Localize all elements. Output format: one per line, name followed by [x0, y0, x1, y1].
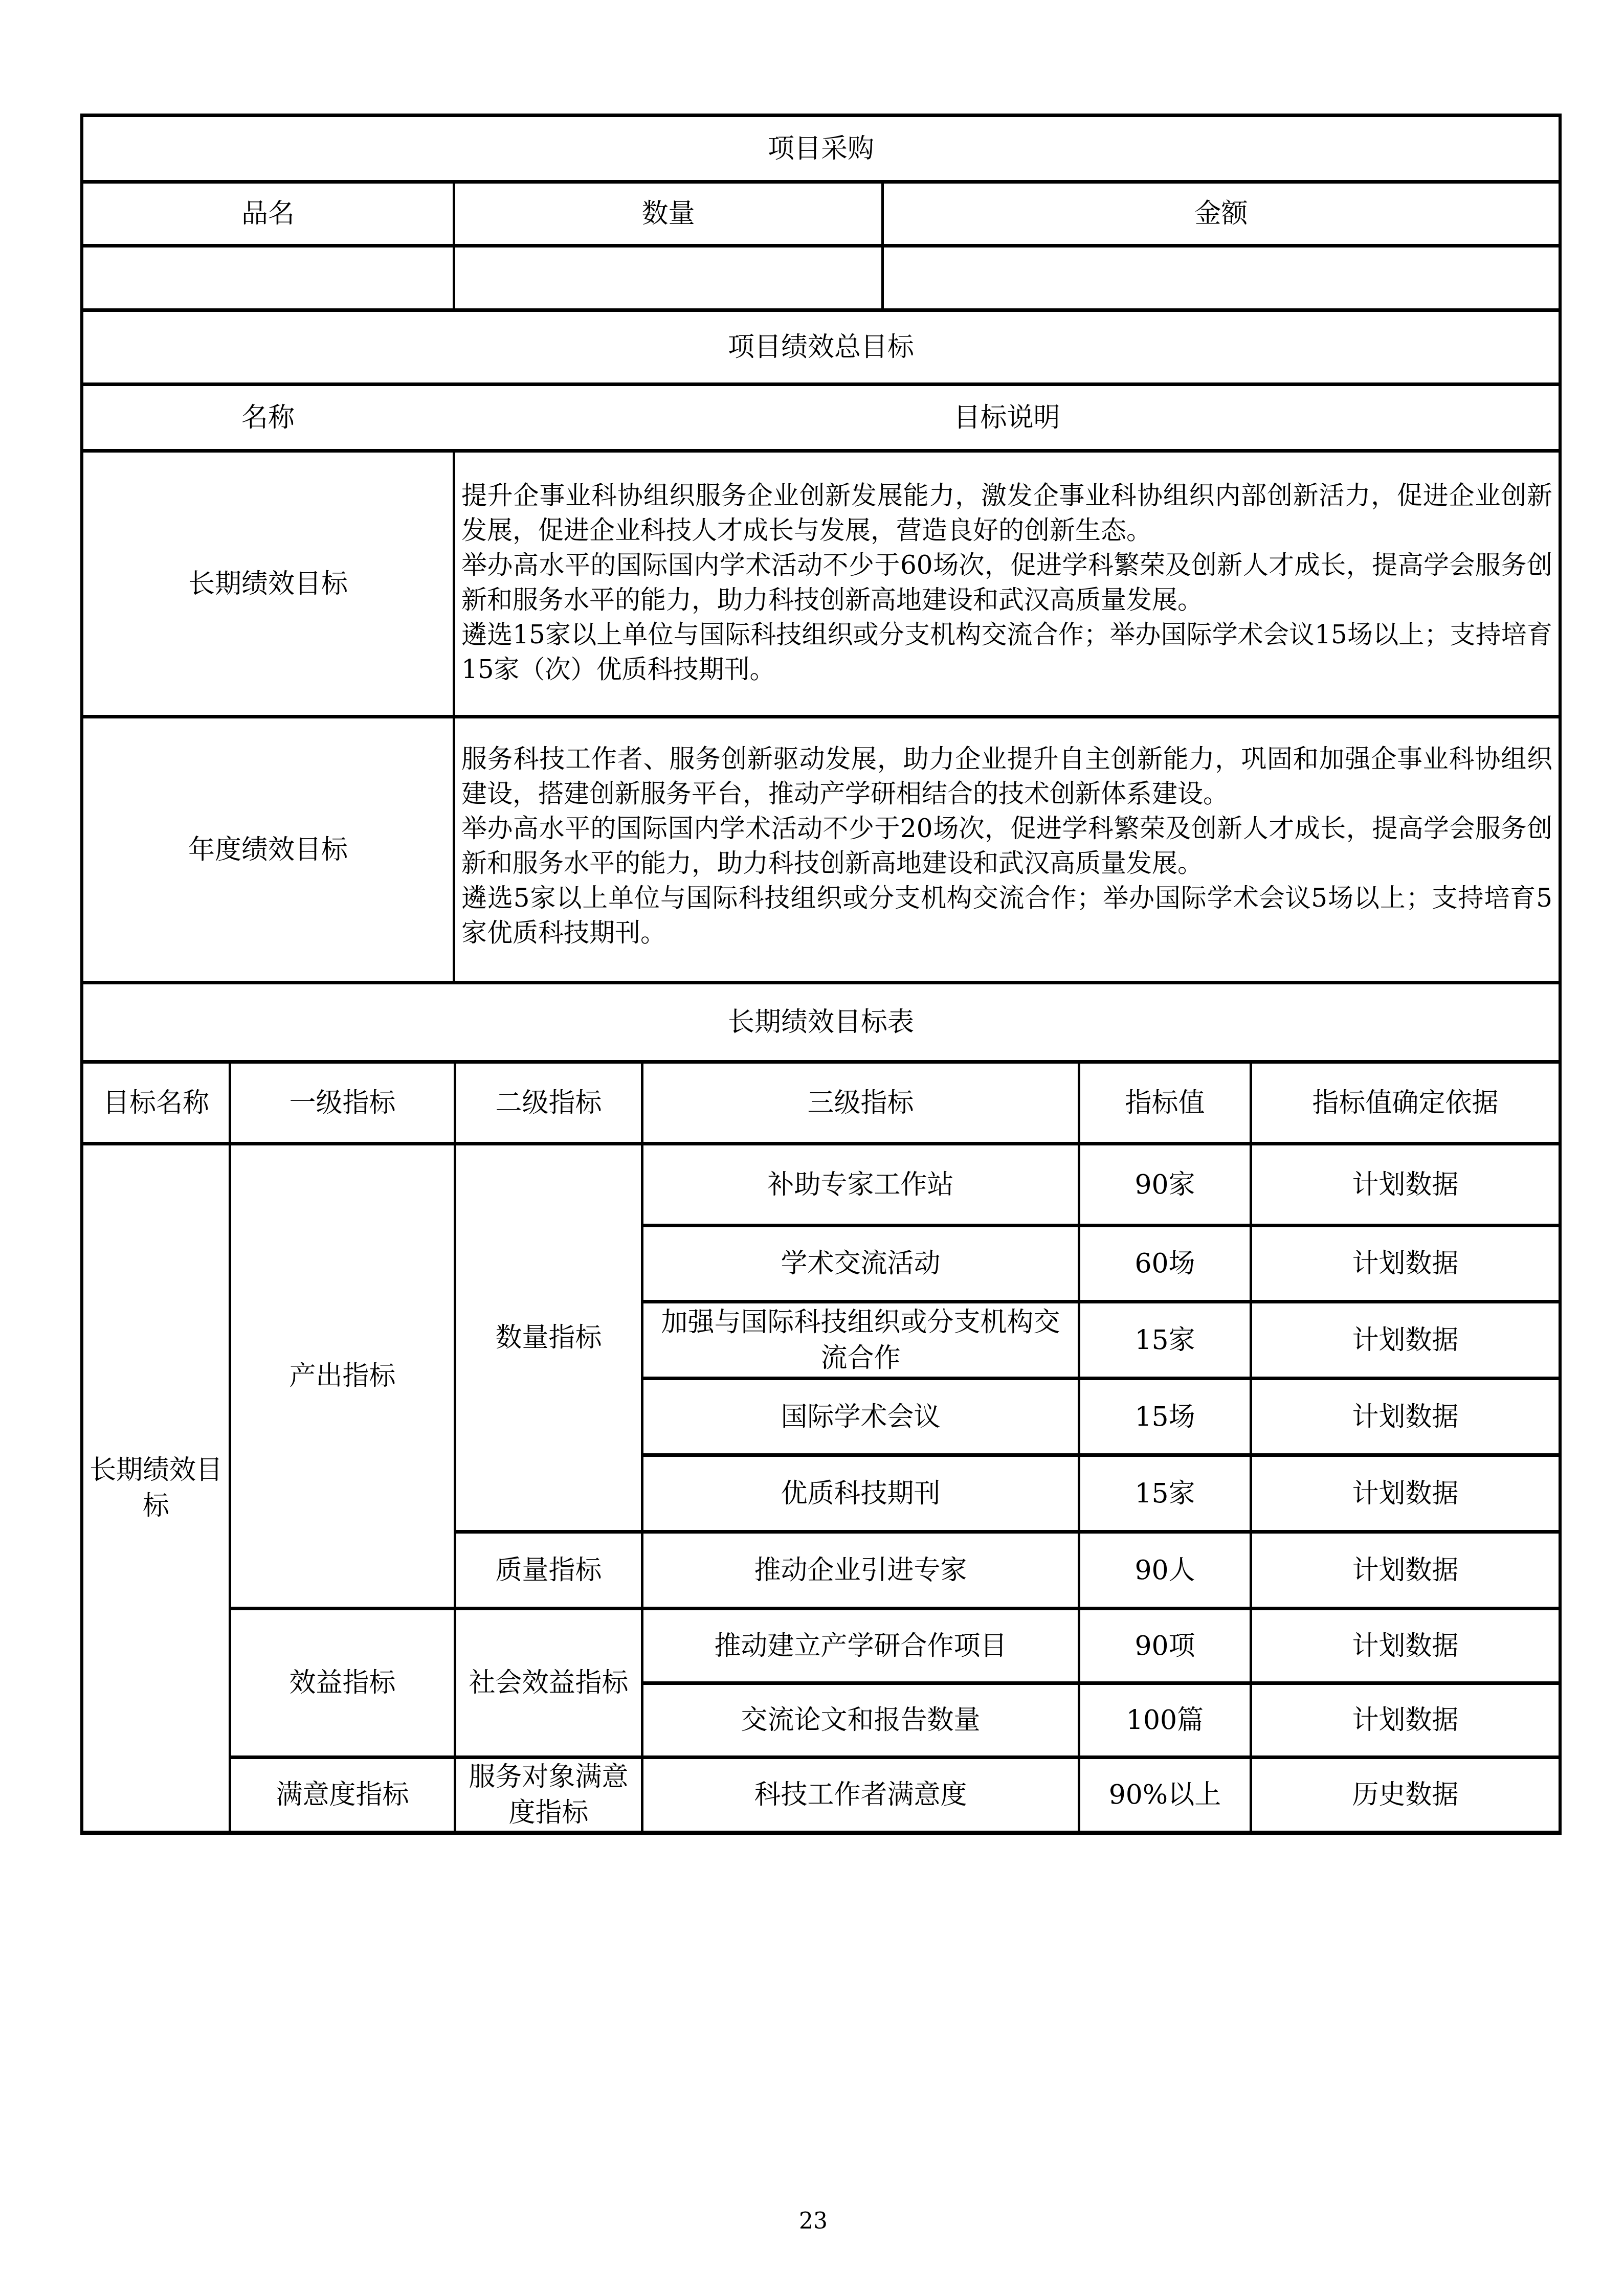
- table-border: [80, 180, 1562, 184]
- table-border: [80, 449, 1562, 453]
- paragraph: 提升企事业科协组织服务企业创新发展能力，激发企事业科协组织内部创新活力，促进企业…: [461, 478, 1552, 548]
- level3-cell: 学术交流活动: [643, 1227, 1078, 1300]
- col-header-goal-name: 目标名称: [83, 1064, 229, 1142]
- procurement-title: 项目采购: [83, 117, 1559, 180]
- level3-cell: 补助专家工作站: [643, 1145, 1078, 1224]
- level1-benefit: 效益指标: [231, 1610, 454, 1755]
- basis-cell: 历史数据: [1252, 1759, 1559, 1831]
- long-term-goal-description: 提升企事业科协组织服务企业创新发展能力，激发企事业科协组织内部创新活力，促进企业…: [455, 478, 1559, 687]
- long-term-goal-label: 长期绩效目标: [83, 453, 453, 715]
- basis-cell: 计划数据: [1252, 1145, 1559, 1224]
- table-border: [80, 382, 1562, 386]
- level3-cell: 优质科技期刊: [643, 1457, 1078, 1530]
- paragraph: 遴选5家以上单位与国际科技组织或分支机构交流合作；举办国际学术会议5场以上；支持…: [461, 881, 1552, 950]
- table-border: [80, 114, 1562, 117]
- paragraph: 举办高水平的国际国内学术活动不少于20场次，促进学科繁荣及创新人才成长，提高学会…: [461, 811, 1552, 881]
- col-header-value: 指标值: [1080, 1064, 1250, 1142]
- level3-cell: 科技工作者满意度: [643, 1759, 1078, 1831]
- value-cell: 100篇: [1080, 1685, 1250, 1755]
- table-border: [641, 1453, 1562, 1457]
- header-amount: 金额: [884, 184, 1559, 244]
- basis-cell: 计划数据: [1252, 1457, 1559, 1530]
- paragraph: 遴选15家以上单位与国际科技组织或分支机构交流合作；举办国际学术会议15场以上；…: [461, 617, 1552, 687]
- level1-output: 产出指标: [231, 1145, 454, 1607]
- level3-cell: 加强与国际科技组织或分支机构交流合作: [643, 1303, 1078, 1377]
- quantity-cell: [455, 247, 881, 308]
- table-border: [80, 244, 1562, 247]
- basis-cell: 计划数据: [1252, 1534, 1559, 1607]
- value-cell: 90项: [1080, 1610, 1250, 1681]
- basis-cell: 计划数据: [1252, 1227, 1559, 1300]
- table-border: [80, 1142, 1562, 1145]
- annual-goal-label: 年度绩效目标: [83, 718, 453, 981]
- overall-goals-title: 项目绩效总目标: [83, 312, 1559, 382]
- annual-goal-description: 服务科技工作者、服务创新驱动发展，助力企业提升自主创新能力，巩固和加强企事业科协…: [455, 741, 1559, 950]
- item-name-cell: [83, 247, 453, 308]
- long-term-table-title: 长期绩效目标表: [83, 984, 1559, 1060]
- header-name: 名称: [83, 386, 453, 449]
- level3-cell: 推动建立产学研合作项目: [643, 1610, 1078, 1681]
- level2-social-benefit: 社会效益指标: [456, 1610, 641, 1755]
- value-cell: 15家: [1080, 1303, 1250, 1377]
- table-border: [1559, 114, 1562, 1835]
- value-cell: 15家: [1080, 1457, 1250, 1530]
- table-border: [641, 1224, 1562, 1227]
- col-header-level1: 一级指标: [231, 1064, 454, 1142]
- level3-cell: 交流论文和报告数量: [643, 1685, 1078, 1755]
- col-header-level3: 三级指标: [643, 1064, 1078, 1142]
- level3-cell: 国际学术会议: [643, 1380, 1078, 1453]
- table-border: [80, 715, 1562, 718]
- basis-cell: 计划数据: [1252, 1610, 1559, 1681]
- value-cell: 15场: [1080, 1380, 1250, 1453]
- table-border: [229, 1755, 1562, 1759]
- table-border: [229, 1607, 1562, 1610]
- level2-service-satisfaction: 服务对象满意度指标: [456, 1759, 641, 1831]
- level2-quantity: 数量指标: [456, 1145, 641, 1530]
- col-header-level2: 二级指标: [456, 1064, 641, 1142]
- table-border: [80, 308, 1562, 312]
- table-border: [80, 1831, 1562, 1835]
- header-goal-description: 目标说明: [455, 386, 1559, 449]
- paragraph: 举办高水平的国际国内学术活动不少于60场次，促进学科繁荣及创新人才成长，提高学会…: [461, 548, 1552, 617]
- value-cell: 90人: [1080, 1534, 1250, 1607]
- table-border: [641, 1300, 1562, 1303]
- basis-cell: 计划数据: [1252, 1303, 1559, 1377]
- goal-name-cell: 长期绩效目标: [83, 1145, 229, 1831]
- value-cell: 60场: [1080, 1227, 1250, 1300]
- table-border: [454, 1530, 1562, 1534]
- basis-cell: 计划数据: [1252, 1380, 1559, 1453]
- header-quantity: 数量: [455, 184, 881, 244]
- basis-cell: 计划数据: [1252, 1685, 1559, 1755]
- level3-cell: 推动企业引进专家: [643, 1534, 1078, 1607]
- level1-satisfaction: 满意度指标: [231, 1759, 454, 1831]
- amount-cell: [884, 247, 1559, 308]
- table-border: [641, 1681, 1562, 1685]
- table-border: [641, 1377, 1562, 1380]
- page-number: 23: [762, 2208, 864, 2234]
- col-header-basis: 指标值确定依据: [1252, 1064, 1559, 1142]
- table-border: [80, 1060, 1562, 1064]
- paragraph: 服务科技工作者、服务创新驱动发展，助力企业提升自主创新能力，巩固和加强企事业科协…: [461, 741, 1552, 811]
- value-cell: 90家: [1080, 1145, 1250, 1224]
- level2-quality: 质量指标: [456, 1534, 641, 1607]
- table-border: [80, 981, 1562, 984]
- value-cell: 90%以上: [1080, 1759, 1250, 1831]
- header-item-name: 品名: [83, 184, 453, 244]
